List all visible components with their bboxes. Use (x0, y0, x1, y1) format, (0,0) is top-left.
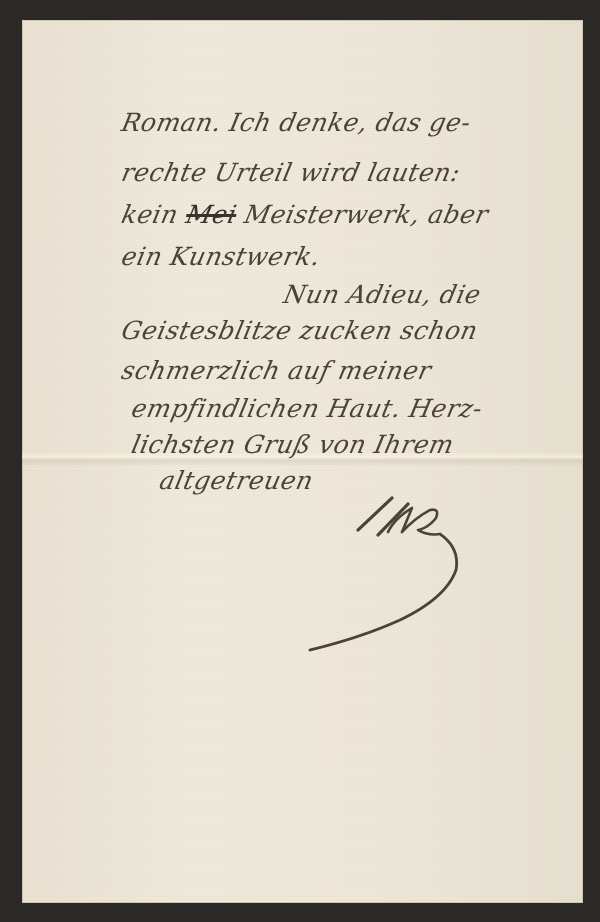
letter-line-8: empfindlichen Haut. Herz- (129, 394, 485, 423)
struck-out-word: Mei (183, 200, 239, 229)
letter-line-7: schmerzlich auf meiner (119, 356, 434, 385)
letter-line-5: Nun Adieu, die (281, 280, 484, 309)
letter-line-2: rechte Urteil wird lauten: (119, 158, 463, 187)
line-3-prefix: kein (119, 200, 190, 229)
line-3-suffix: Meisterwerk, aber (233, 200, 491, 229)
letter-line-9: lichsten Gruß von Ihrem (129, 430, 457, 459)
letter-line-4: ein Kunstwerk. (119, 242, 323, 271)
letter-line-1: Roman. Ich denke, das ge- (119, 108, 474, 137)
letter-line-6: Geistesblitze zucken schon (119, 316, 481, 345)
letter-page: Roman. Ich denke, das ge- rechte Urteil … (22, 20, 583, 903)
signature-monogram (290, 490, 490, 660)
letter-line-3: kein Mei Meisterwerk, aber (119, 200, 491, 229)
